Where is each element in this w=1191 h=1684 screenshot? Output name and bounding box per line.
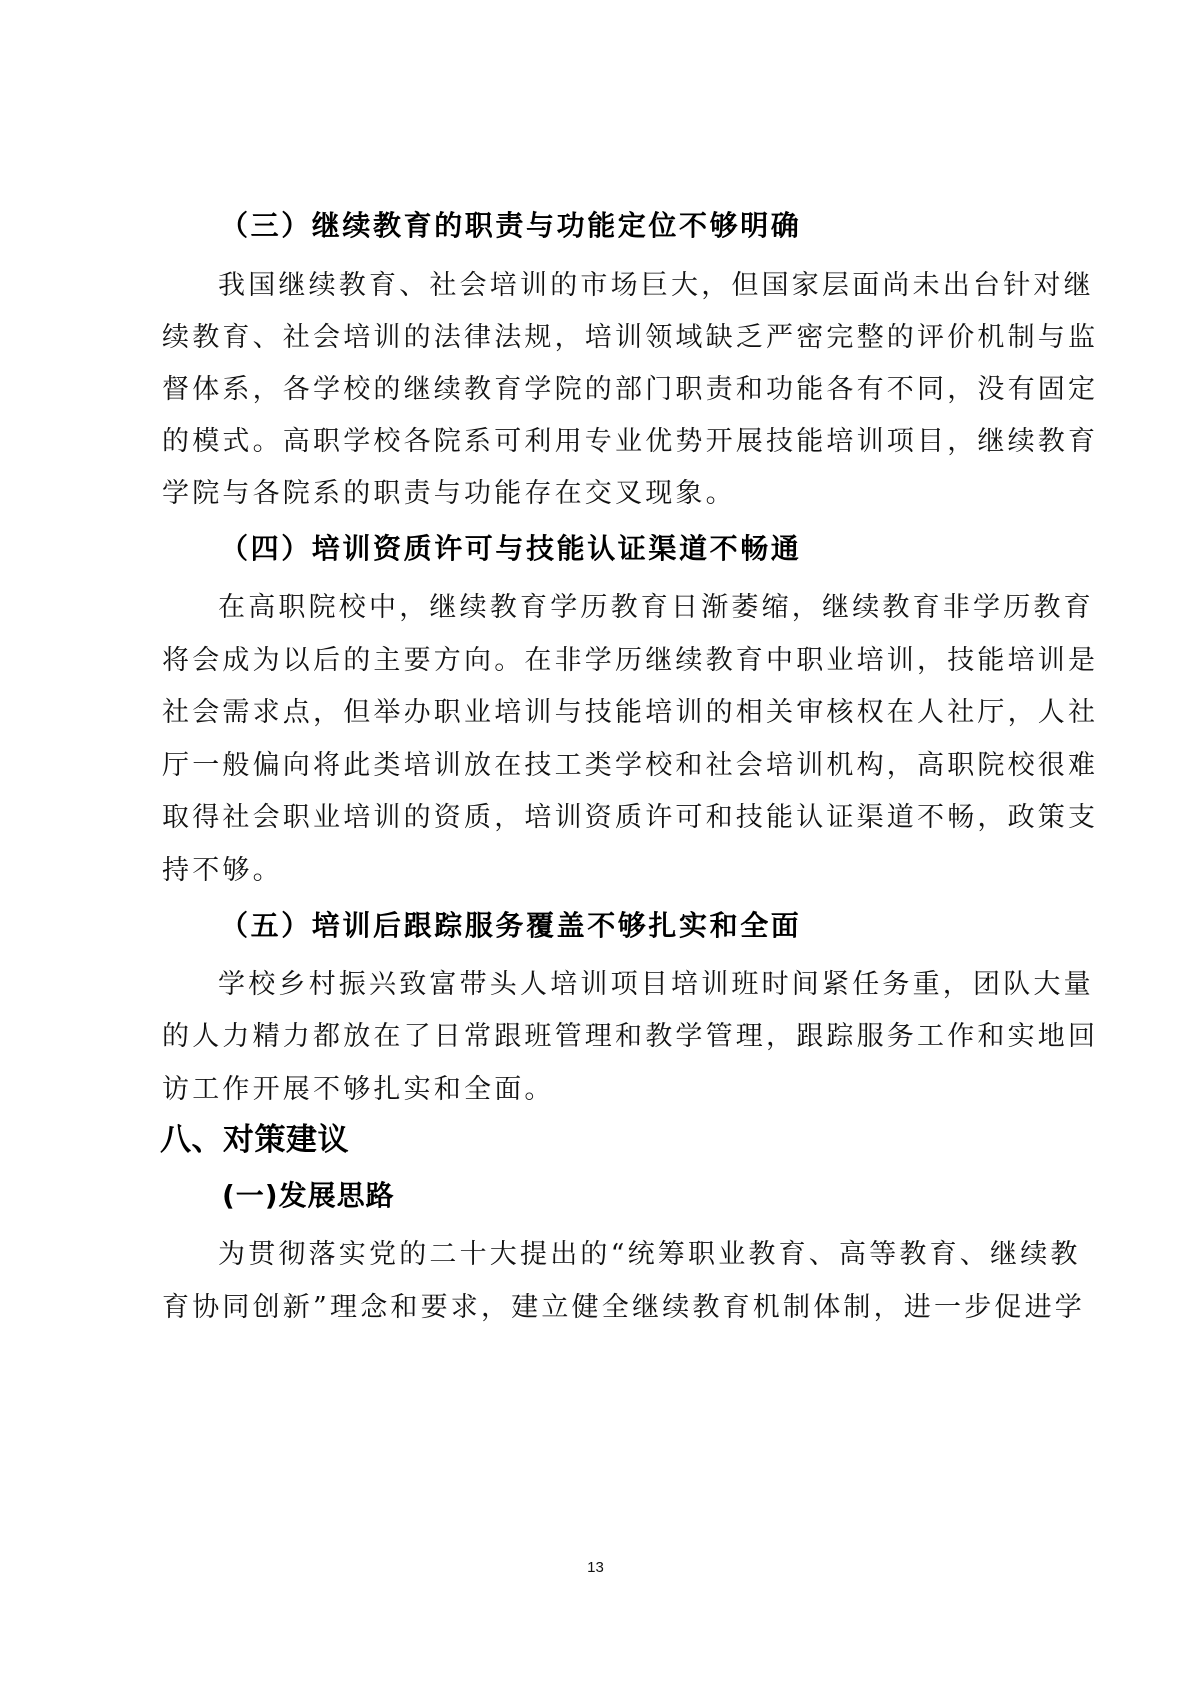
paragraph-line: 在高职院校中，继续教育学历教育日渐萎缩，继续教育非学历教育: [218, 592, 1094, 624]
paragraph-line: 我国继续教育、社会培训的市场巨大，但国家层面尚未出台针对继: [218, 270, 1094, 302]
paragraph-line: 取得社会职业培训的资质，培训资质许可和技能认证渠道不畅，政策支: [162, 802, 1098, 834]
paragraph-line: 育协同创新”理念和要求，建立健全继续教育机制体制，进一步促进学: [162, 1292, 1085, 1324]
paragraph-line: 为贯彻落实党的二十大提出的“统筹职业教育、高等教育、继续教: [218, 1239, 1081, 1271]
paragraph-line: 续教育、社会培训的法律法规，培训领域缺乏严密完整的评价机制与监: [162, 322, 1098, 354]
paragraph-line: 访工作开展不够扎实和全面。: [162, 1074, 555, 1106]
paragraph-line: 学校乡村振兴致富带头人培训项目培训班时间紧任务重，团队大量: [218, 969, 1094, 1001]
section-heading-3: （三）继续教育的职责与功能定位不够明确: [220, 210, 801, 242]
page-number: 13: [0, 1559, 1191, 1576]
paragraph-line: 持不够。: [162, 855, 283, 887]
chapter-heading: 八、对策建议: [160, 1124, 349, 1156]
paragraph-line: 将会成为以后的主要方向。在非学历继续教育中职业培训，技能培训是: [162, 645, 1098, 677]
section-heading-5: （五）培训后跟踪服务覆盖不够扎实和全面: [220, 910, 801, 942]
subsection-heading: (一)发展思路: [222, 1180, 395, 1212]
paragraph-line: 的模式。高职学校各院系可利用专业优势开展技能培训项目，继续教育: [162, 426, 1098, 458]
paragraph-line: 督体系，各学校的继续教育学院的部门职责和功能各有不同，没有固定: [162, 374, 1098, 406]
section-heading-4: （四）培训资质许可与技能认证渠道不畅通: [220, 533, 801, 565]
paragraph-line: 社会需求点，但举办职业培训与技能培训的相关审核权在人社厅，人社: [162, 697, 1098, 729]
paragraph-line: 学院与各院系的职责与功能存在交叉现象。: [162, 478, 736, 510]
document-page: （三）继续教育的职责与功能定位不够明确 我国继续教育、社会培训的市场巨大，但国家…: [0, 0, 1191, 1684]
paragraph-line: 厅一般偏向将此类培训放在技工类学校和社会培训机构，高职院校很难: [162, 750, 1098, 782]
paragraph-line: 的人力精力都放在了日常跟班管理和教学管理，跟踪服务工作和实地回: [162, 1021, 1098, 1053]
